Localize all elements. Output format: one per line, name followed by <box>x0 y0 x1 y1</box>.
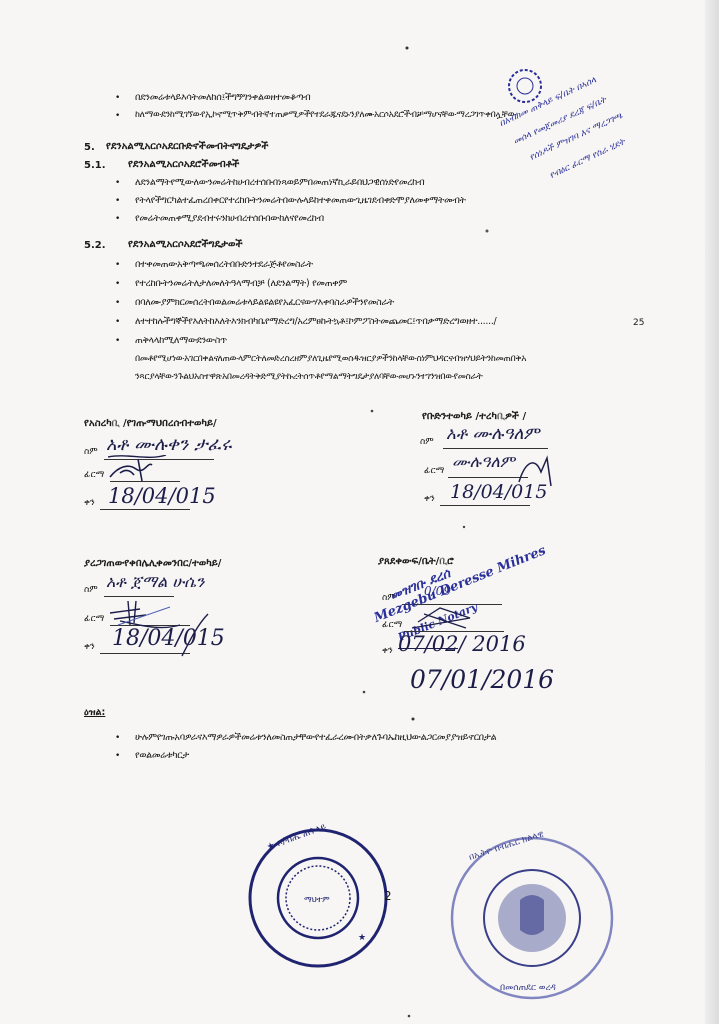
scan-specks <box>0 0 719 1024</box>
scanned-document-page: • በደንመሬቱላይእሳትመለከሰ፤ችግኝግንቀልወዘተመቆጣብ • ከለማውደ… <box>0 0 719 1024</box>
